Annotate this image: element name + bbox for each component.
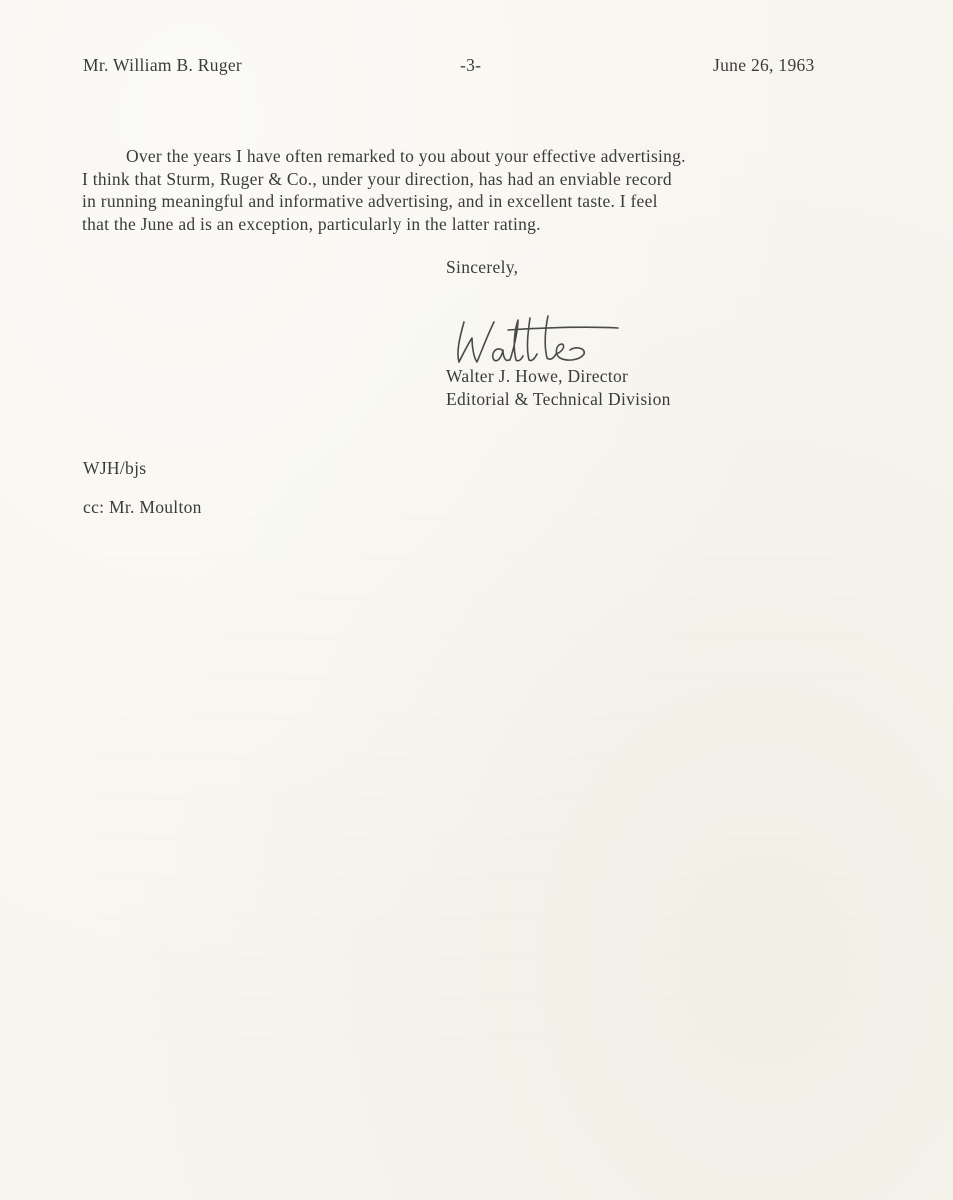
reverse-side-bleed-through	[100, 480, 860, 1040]
signer-name: Walter J. Howe, Director	[446, 366, 628, 387]
reference-initials: WJH/bjs	[83, 458, 146, 479]
handwritten-signature	[450, 308, 620, 370]
body-line: I think that Sturm, Ruger & Co., under y…	[82, 168, 882, 191]
header-page-number: -3-	[460, 55, 481, 76]
header-recipient: Mr. William B. Ruger	[83, 55, 242, 76]
carbon-copy-line: cc: Mr. Moulton	[83, 497, 202, 518]
body-line: that the June ad is an exception, partic…	[82, 213, 882, 236]
letter-body-paragraph: Over the years I have often remarked to …	[82, 145, 882, 235]
signer-title: Editorial & Technical Division	[446, 389, 671, 410]
header-date: June 26, 1963	[713, 55, 815, 76]
signature-icon	[450, 308, 620, 370]
body-line: in running meaningful and informative ad…	[82, 190, 882, 213]
valediction: Sincerely,	[446, 257, 518, 278]
body-line: Over the years I have often remarked to …	[82, 145, 882, 168]
